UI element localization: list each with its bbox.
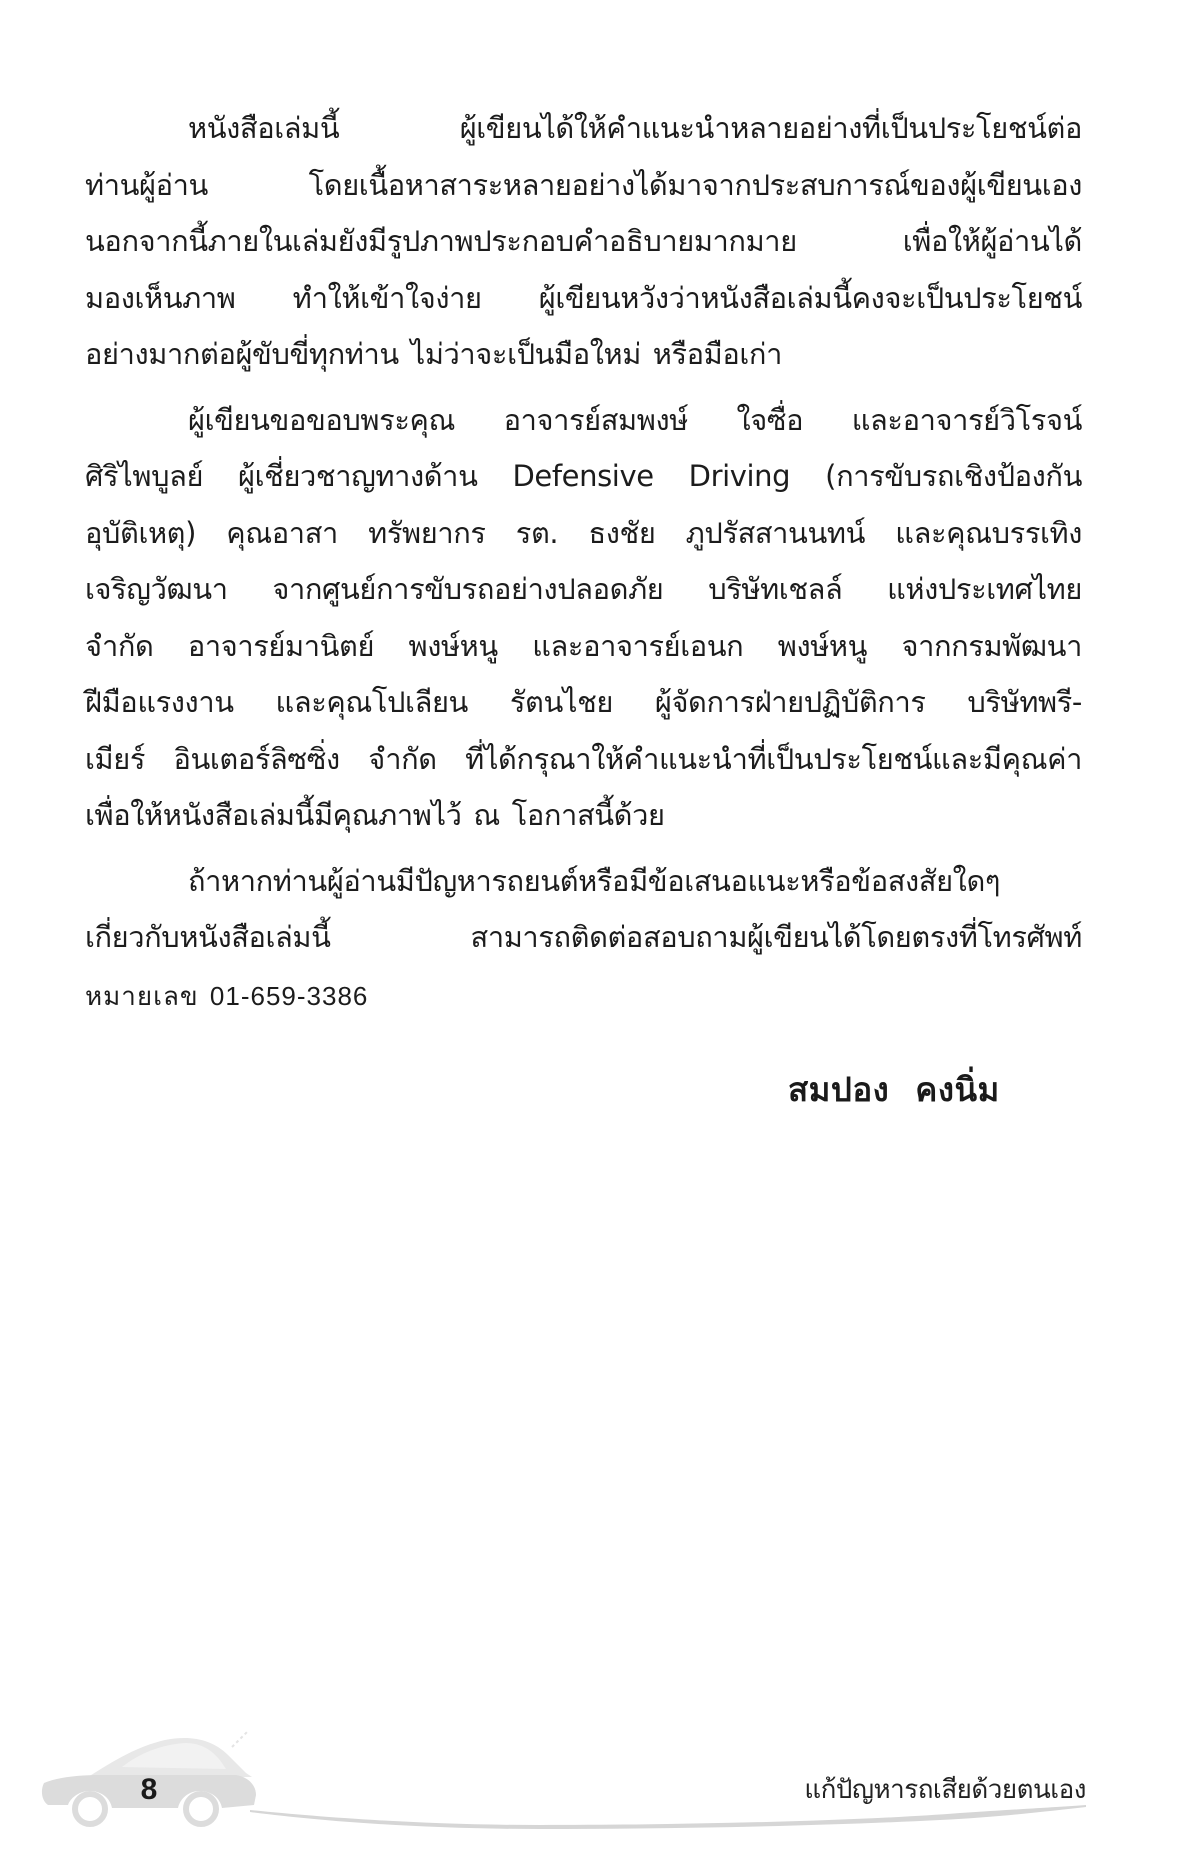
text-line: จำกัด อาจารย์มานิตย์ พงษ์หนู และอาจารย์เ…	[85, 618, 1082, 675]
text-line: ถ้าหากท่านผู้อ่านมีปัญหารถยนต์หรือมีข้อเ…	[85, 853, 1082, 910]
text-line: ท่านผู้อ่าน โดยเนื้อหาสาระหลายอย่างได้มา…	[85, 157, 1082, 214]
phone-number: หมายเลข 01-659-3386	[85, 966, 1082, 1026]
text-line: นอกจากนี้ภายในเล่มยังมีรูปภาพประกอบคำอธิ…	[85, 213, 1082, 270]
page-footer: 8 แก้ปัญหารถเสียด้วยตนเอง	[0, 1725, 1186, 1845]
paragraph-acknowledgements: ผู้เขียนขอขอบพระคุณ อาจารย์สมพงษ์ ใจซื่อ…	[85, 392, 1082, 844]
text-line: เพื่อให้หนังสือเล่มนี้มีคุณภาพไว้ ณ โอกา…	[85, 787, 1082, 844]
paragraph-intro: หนังสือเล่มนี้ ผู้เขียนได้ให้คำแนะนำหลาย…	[85, 100, 1082, 383]
text-line: มองเห็นภาพ ทำให้เข้าใจง่าย ผู้เขียนหวังว…	[85, 270, 1082, 327]
paragraph-contact: ถ้าหากท่านผู้อ่านมีปัญหารถยนต์หรือมีข้อเ…	[85, 853, 1082, 1026]
text-line: อุบัติเหตุ) คุณอาสา ทรัพยากร รต. ธงชัย ภ…	[85, 505, 1082, 562]
text-line: อย่างมากต่อผู้ขับขี่ทุกท่าน ไม่ว่าจะเป็น…	[85, 326, 1082, 383]
text-line: ศิริไพบูลย์ ผู้เชี่ยวชาญทางด้าน Defensiv…	[85, 448, 1082, 505]
text-line: เจริญวัฒนา จากศูนย์การขับรถอย่างปลอดภัย …	[85, 561, 1082, 618]
page-number: 8	[136, 1773, 162, 1807]
text-line: หนังสือเล่มนี้ ผู้เขียนได้ให้คำแนะนำหลาย…	[85, 100, 1082, 157]
text-line: ผู้เขียนขอขอบพระคุณ อาจารย์สมพงษ์ ใจซื่อ…	[85, 392, 1082, 449]
swoosh-line	[250, 1805, 1086, 1829]
text-line: เมียร์ อินเตอร์ลิซซิ่ง จำกัด ที่ได้กรุณา…	[85, 731, 1082, 788]
text-line: ฝีมือแรงงาน และคุณโปเลียน รัตนไชย ผู้จัด…	[85, 674, 1082, 731]
author-signature: สมปอง คงนิ่ม	[788, 1068, 1000, 1112]
text-line: เกี่ยวกับหนังสือเล่มนี้ สามารถติดต่อสอบถ…	[85, 909, 1082, 966]
page-body: หนังสือเล่มนี้ ผู้เขียนได้ให้คำแนะนำหลาย…	[85, 100, 1082, 1035]
running-title: แก้ปัญหารถเสียด้วยตนเอง	[776, 1773, 1086, 1807]
